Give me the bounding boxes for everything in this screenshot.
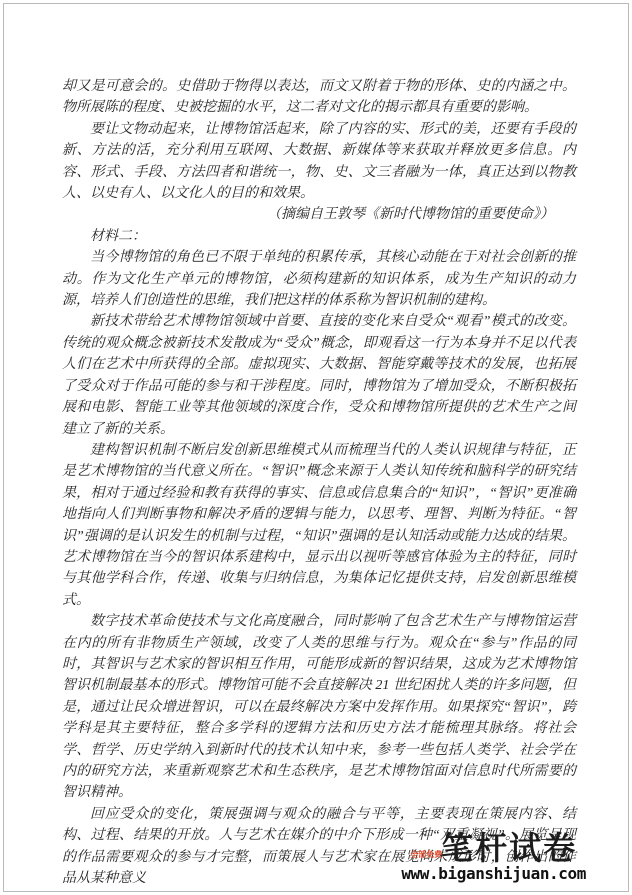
watermark-brand: 笔杆试卷 xyxy=(441,831,577,865)
watermark-brand-row: 全部免费 笔杆试卷 xyxy=(401,831,586,865)
paragraph: 建构智识机制不断启发创新思维模式从而梳理当代的人类认识规律与特征，正是艺术博物馆… xyxy=(62,440,576,611)
paragraph: 要让文物动起来，让博物馆活起来，除了内容的实、形式的美，还要有手段的新、方法的活… xyxy=(62,119,576,205)
paragraph: 新技术带给艺术博物馆领域中首要、直接的变化来自受众“观看”模式的改变。传统的观众… xyxy=(62,311,576,439)
paragraph: 却又是可意会的。史借助于物得以表达，而文又附着于物的形体、史的内涵之中。物所展陈… xyxy=(62,76,576,119)
material-label: 材料二： xyxy=(62,226,576,247)
document-text: 却又是可意会的。史借助于物得以表达，而文又附着于物的形体、史的内涵之中。物所展陈… xyxy=(62,76,576,889)
paragraph: 数字技术革命使技术与文化高度融合，同时影响了包含艺术生产与博物馆运营在内的所有非… xyxy=(62,611,576,804)
site-watermark: 全部免费 笔杆试卷 www.biganshijuan.com xyxy=(401,831,586,882)
watermark-tagline: 全部免费 xyxy=(410,849,442,860)
watermark-url: www.biganshijuan.com xyxy=(401,865,586,882)
attribution: （摘编自王敦琴《新时代博物馆的重要使命》） xyxy=(62,204,576,225)
paragraph: 当今博物馆的角色已不限于单纯的积累传承，其核心动能在于对社会创新的推动。作为文化… xyxy=(62,247,576,311)
